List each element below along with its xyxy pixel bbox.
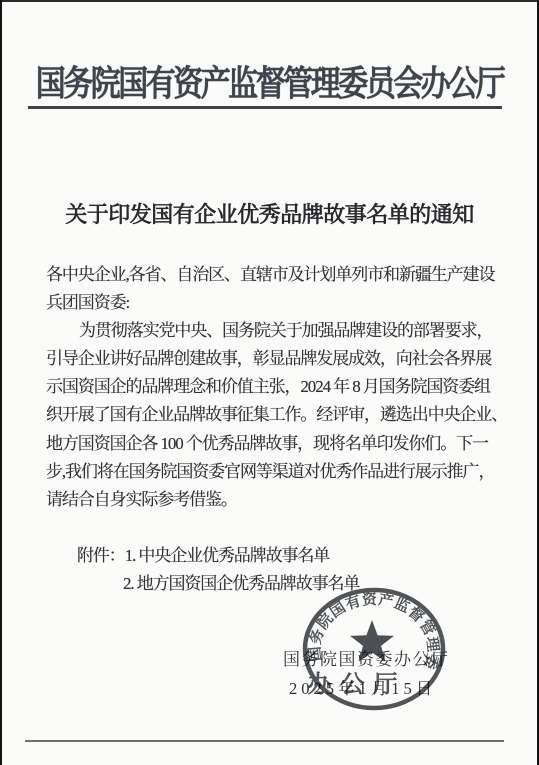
document-title: 关于印发国有企业优秀品牌故事名单的通知 [0,198,539,229]
letterhead-rule [28,106,502,109]
body-line: 兵团国资委: [46,289,506,317]
footer-rule [25,740,504,742]
body-line: 织开展了国有企业品牌故事征集工作。经评审，遴选出中央企业、 [46,401,506,429]
attachment-line: 附件：1. 中央企业优秀品牌故事名单 [46,542,506,570]
body-line: 为贯彻落实党中央、国务院关于加强品牌建设的部署要求， [46,317,506,345]
body-line: 地方国资国企各 100 个优秀品牌故事，现将名单印发你们。下一 [46,430,506,458]
scanned-document-page: 国务院国有资产监督管理委员会办公厅 关于印发国有企业优秀品牌故事名单的通知 各中… [0,0,539,765]
body-line: 示国资国企的品牌理念和价值主张，2024 年 8 月国务院国资委组 [46,373,506,401]
letterhead-title: 国务院国有资产监督管理委员会办公厅 [0,54,539,106]
document-body: 各中央企业,各省、自治区、直辖市及计划单列市和新疆生产建设 兵团国资委: 为贯彻… [46,261,506,598]
official-seal: 国务院国有资产监督管理委员会 办公厅 [300,586,450,716]
body-line: 步,我们将在国务院国资委官网等渠道对优秀作品进行展示推广， [46,458,506,486]
body-line: 各中央企业,各省、自治区、直辖市及计划单列市和新疆生产建设 [46,261,506,289]
scan-edge-left [0,0,2,765]
seal-bottom-text: 办公厅 [308,671,407,698]
body-line: 请结合自身实际参考借鉴。 [46,486,506,514]
seal-star-icon [350,620,394,662]
body-blank-line [46,514,506,542]
scan-edge-top [0,0,539,2]
body-line: 引导企业讲好品牌创建故事，彰显品牌发展成效，向社会各界展 [46,345,506,373]
